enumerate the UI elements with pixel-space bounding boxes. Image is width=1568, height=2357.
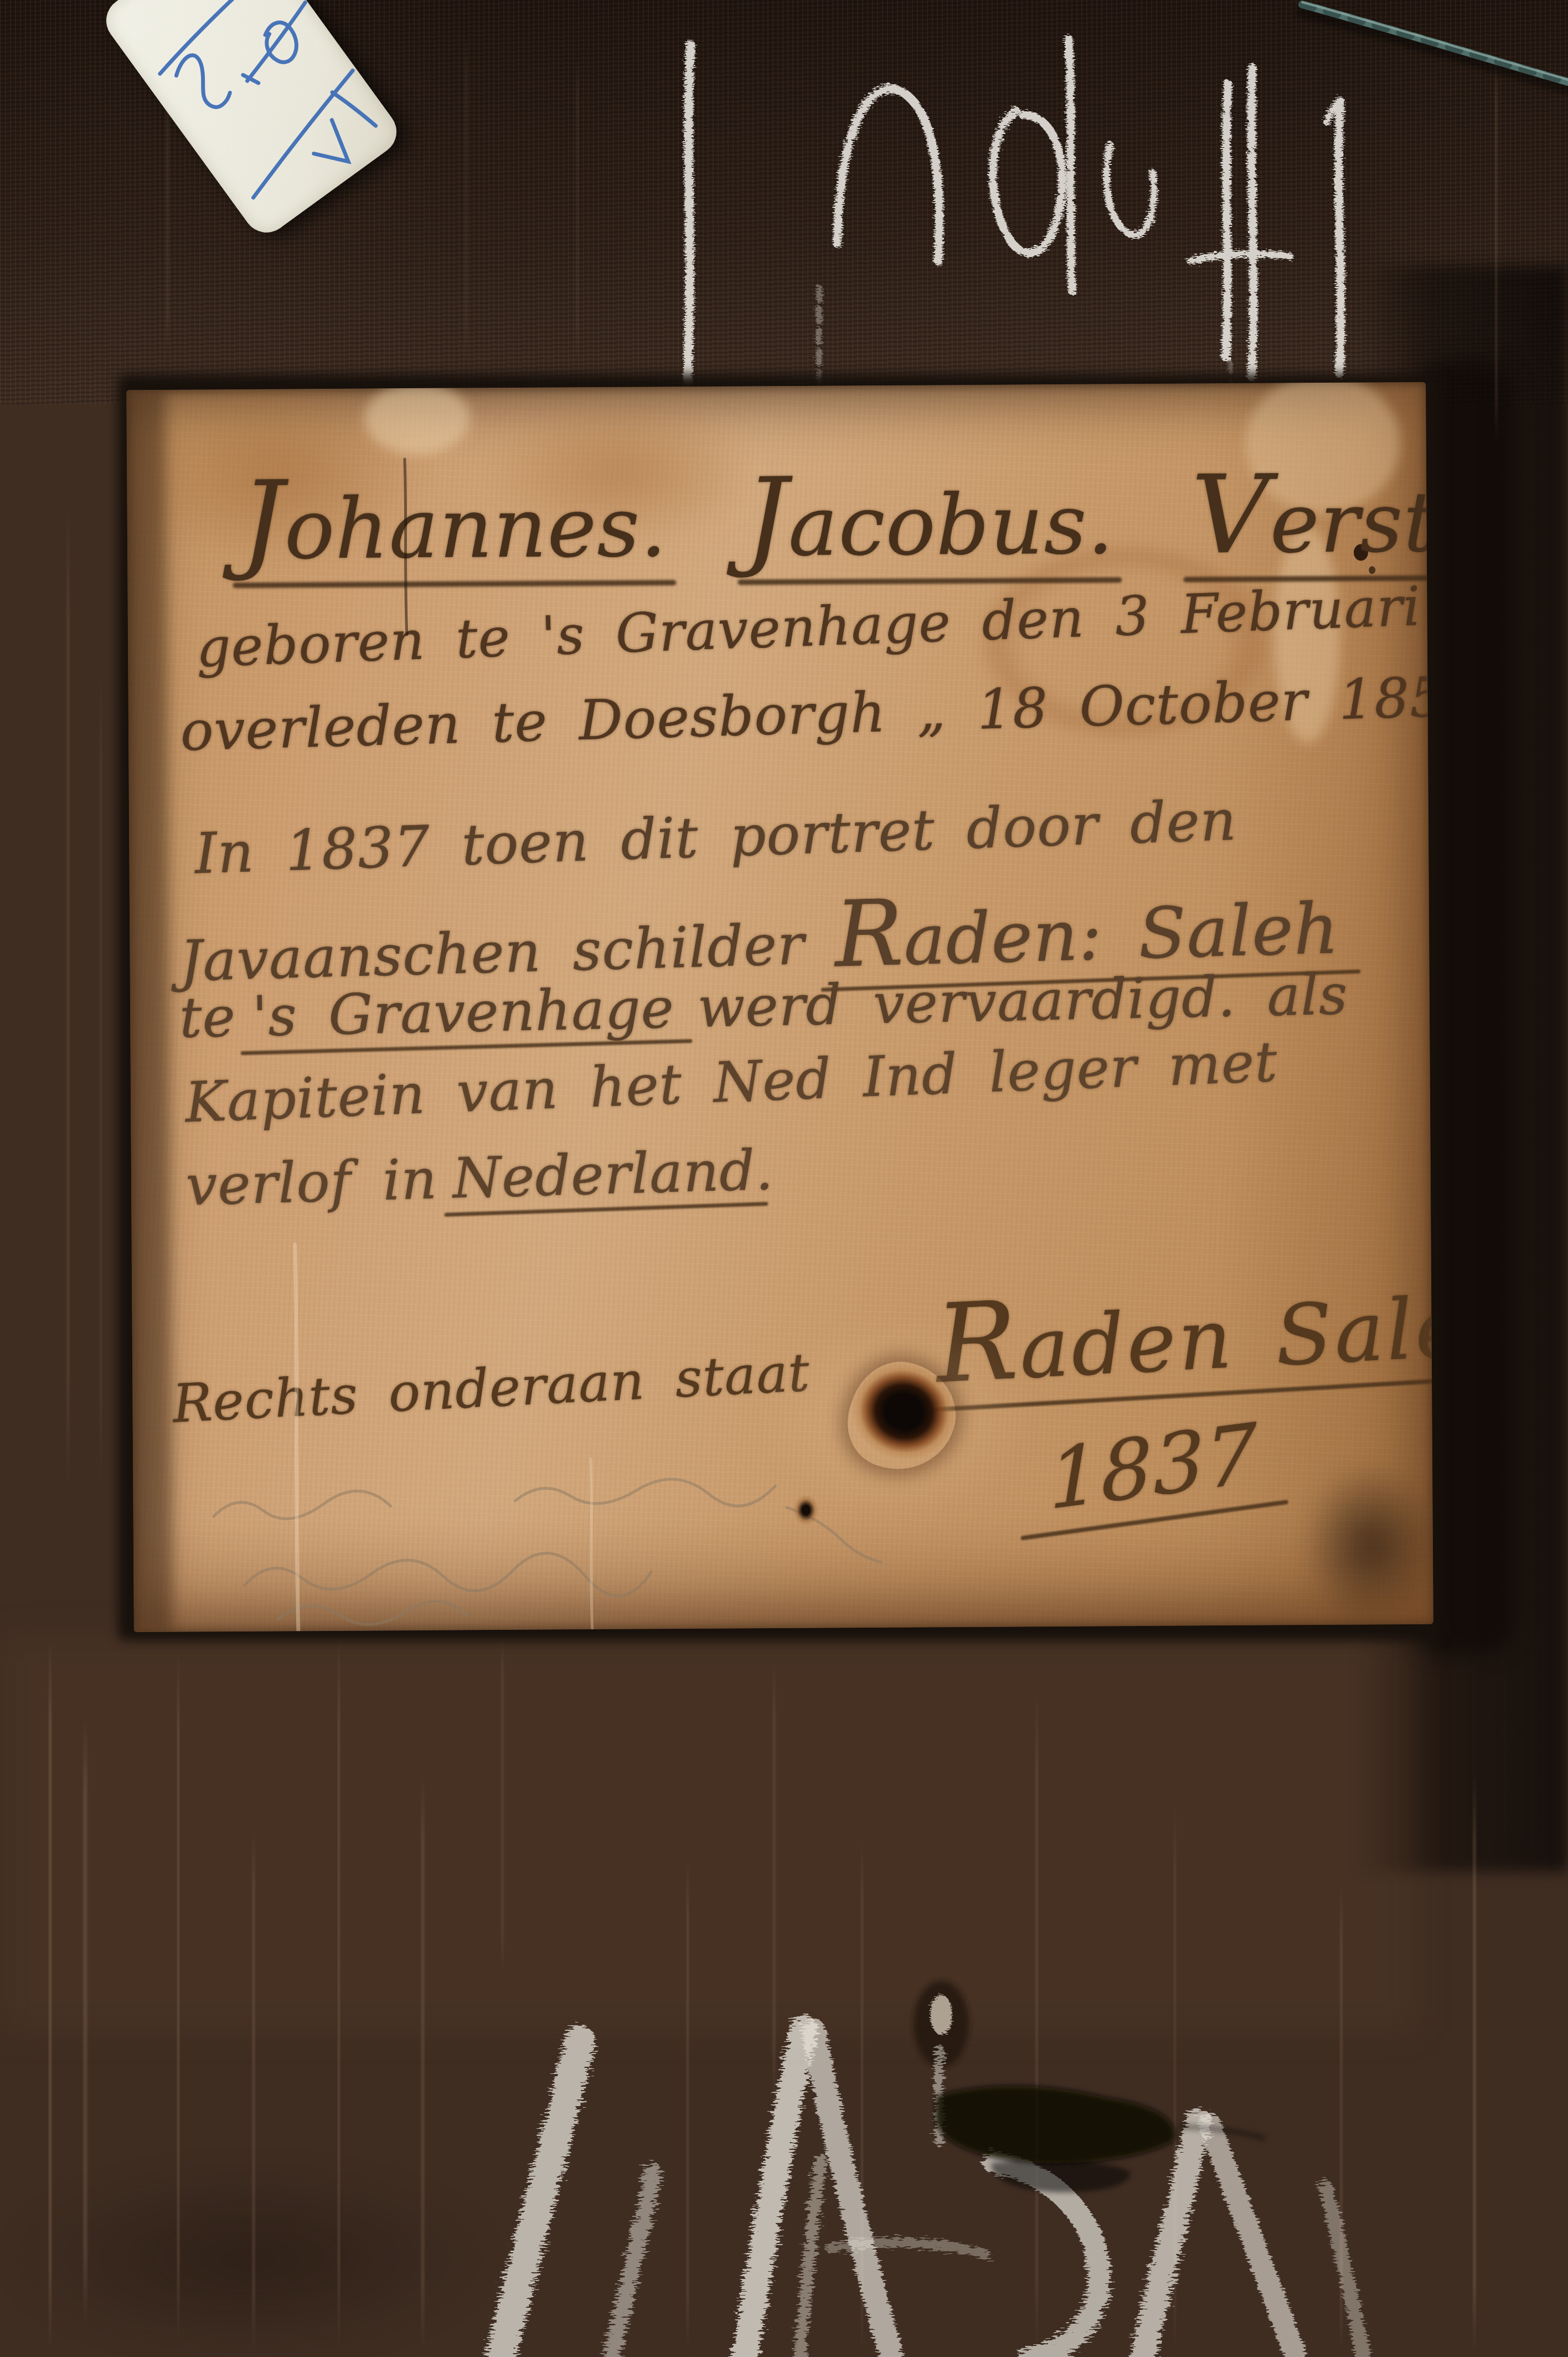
underlined-1837: 1837 <box>1048 1412 1258 1521</box>
grain-streak <box>100 665 102 1495</box>
label-line-verlof: verlof inNederland. <box>185 1143 775 1214</box>
grain-streak <box>1174 1800 1176 2354</box>
label-line-year: 1837 <box>1048 1412 1258 1521</box>
grain-streak <box>772 1661 776 2104</box>
line-text: te <box>179 985 236 1051</box>
line-text: verlof in <box>185 1146 438 1218</box>
title-word: Johannes. <box>240 464 667 575</box>
underlined-gravenhage: 's Gravenhage <box>252 981 675 1044</box>
grain-streak <box>1035 1689 1038 2354</box>
grain-streak <box>1473 1772 1476 2354</box>
grain-streak <box>1340 1883 1343 2354</box>
grain-streak <box>501 1639 504 1972</box>
title-word: Jacobus. <box>744 461 1114 572</box>
grain-streak <box>576 55 579 366</box>
grain-streak <box>421 1772 425 2354</box>
grain-streak <box>83 1717 87 2326</box>
line-text: Rechts onderaan staat <box>171 1342 811 1435</box>
label-stain <box>133 1512 1433 1632</box>
grain-streak <box>861 1839 863 2354</box>
grain-streak <box>465 33 467 366</box>
grain-streak <box>338 1634 340 2354</box>
label-line-in1837: In 1837 toen dit portret door den <box>194 792 1237 882</box>
grain-streak <box>1495 55 1498 443</box>
line-text: werd vervaardigd. als <box>697 962 1349 1040</box>
handwritten-label: Johannes. Jacobus. Verstege. geboren te … <box>126 382 1433 1632</box>
wood-mid-light <box>0 1634 1417 2032</box>
label-stain <box>126 390 173 1632</box>
label-worn-patch <box>364 382 470 455</box>
label-title: Johannes. Jacobus. Verstege. <box>240 459 1433 575</box>
line-text: . <box>754 1138 774 1203</box>
photo-back-of-panel: Johannes. Jacobus. Verstege. geboren te … <box>0 0 1568 2357</box>
underlined-nederland: Nederland <box>452 1143 756 1207</box>
grain-streak <box>687 1855 689 2354</box>
title-word: Verstege. <box>1191 459 1433 569</box>
grain-streak <box>49 1639 51 2354</box>
grain-streak <box>252 1828 255 2354</box>
grain-streak <box>66 498 70 1495</box>
grain-streak <box>177 1650 179 2348</box>
